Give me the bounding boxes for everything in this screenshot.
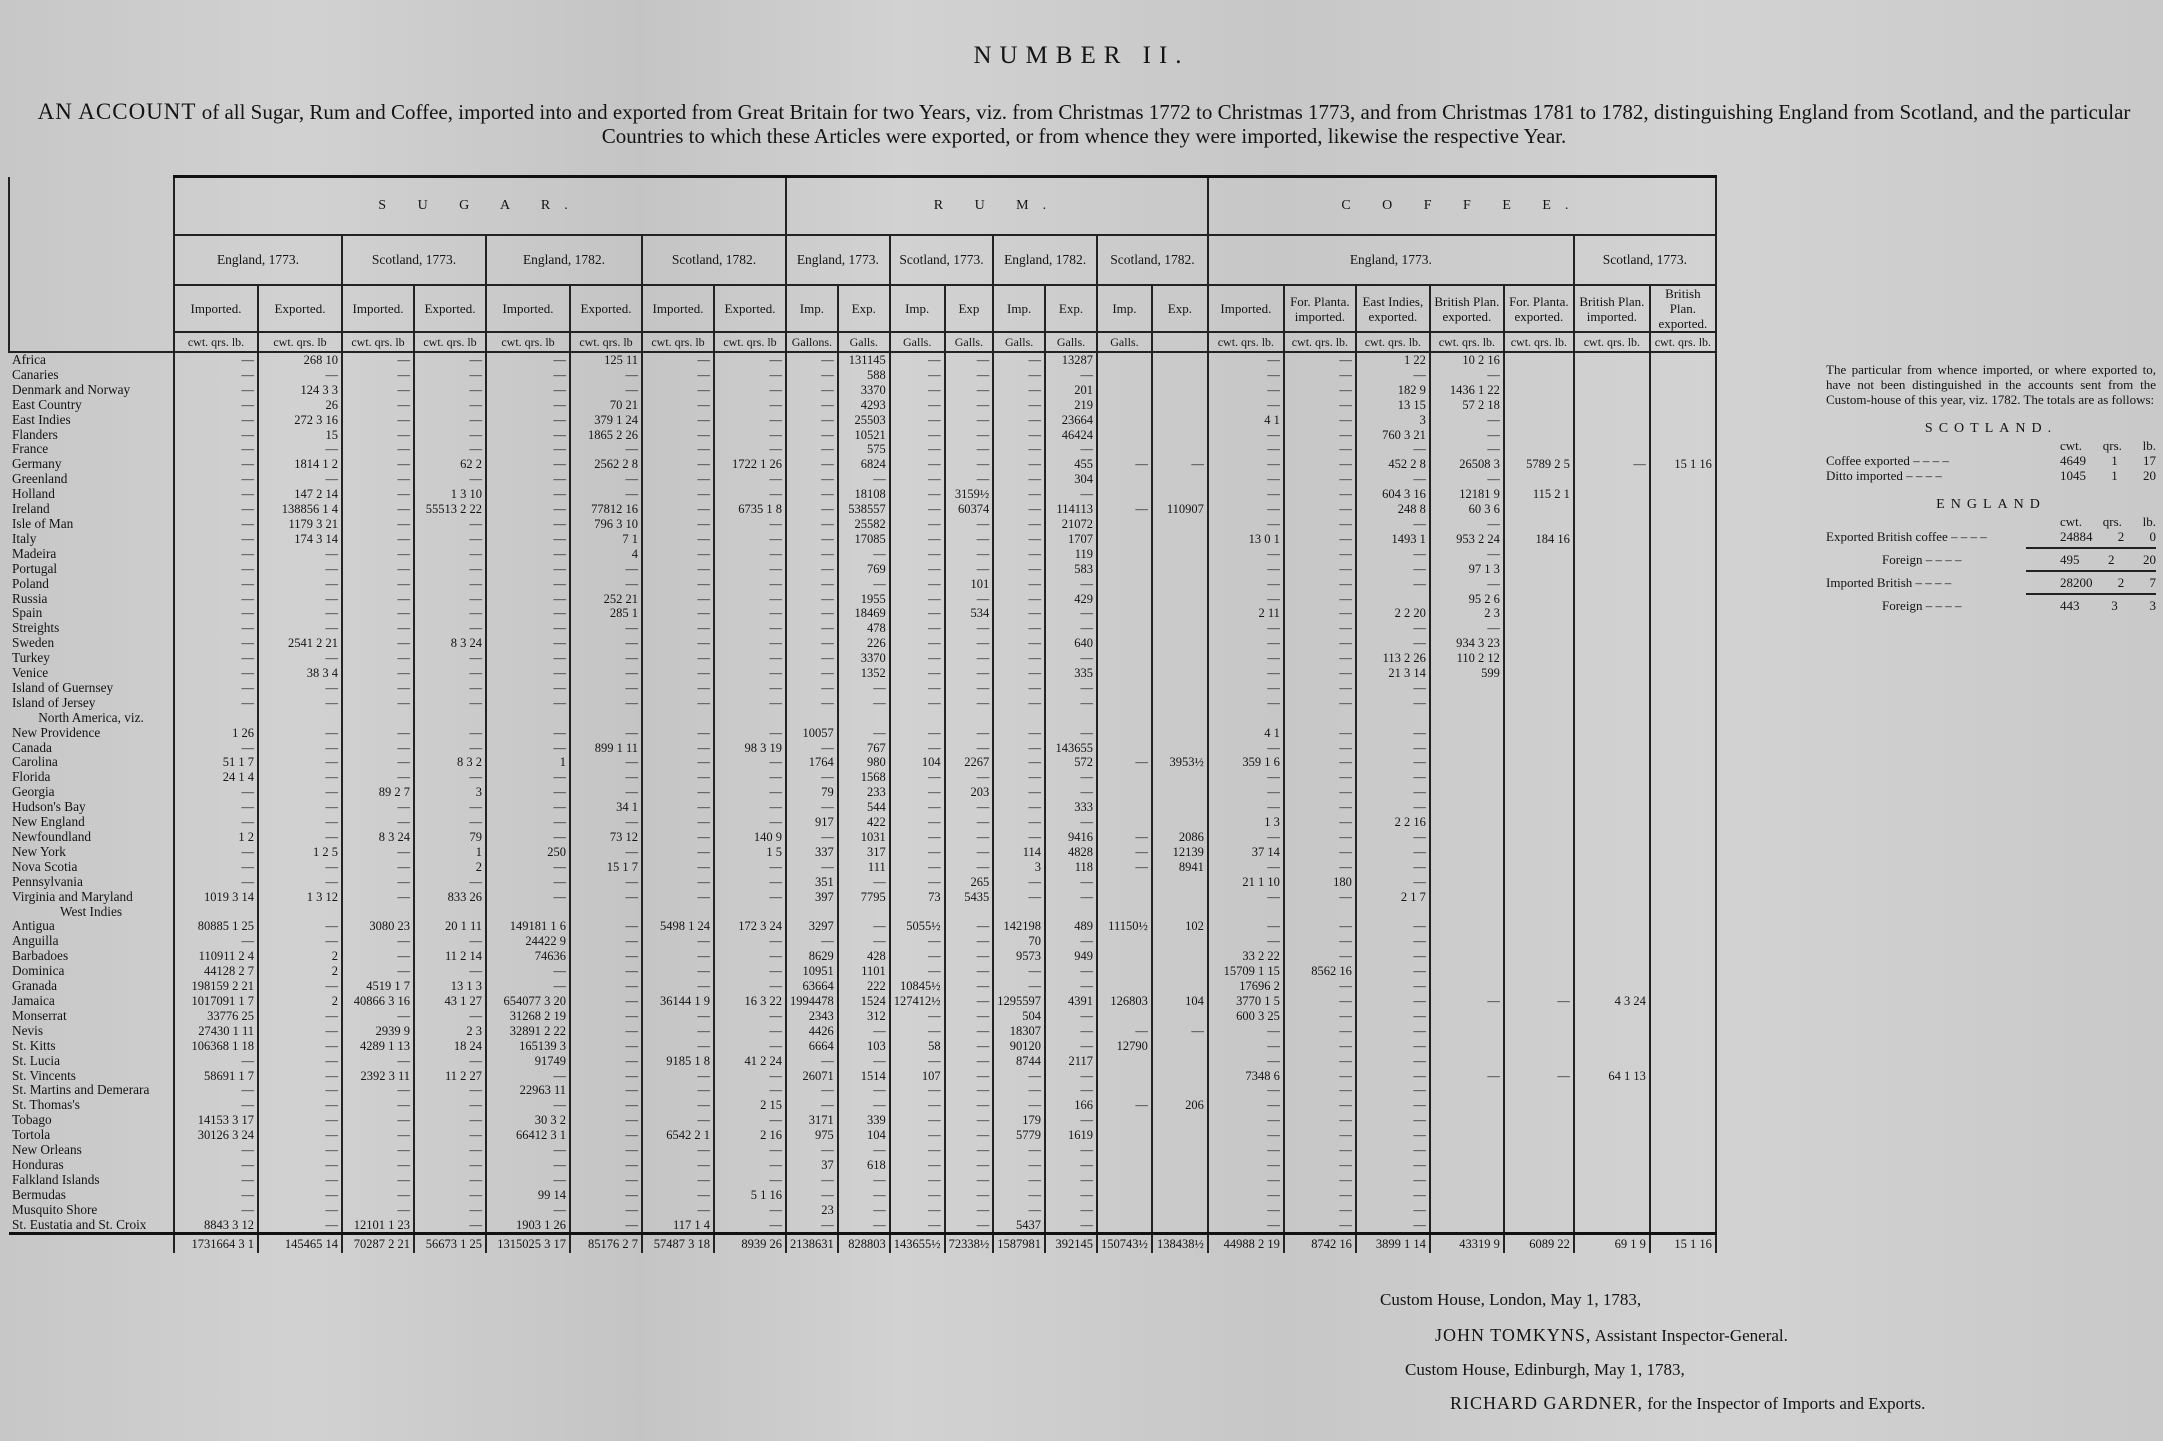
table-cell: — [1208,428,1284,443]
table-cell: — [786,562,838,577]
table-cell: 101 [945,577,994,592]
table-cell [414,711,486,726]
table-cell: — [1356,1203,1430,1218]
table-cell: 4 3 24 [1574,994,1650,1009]
table-cell: 4 1 [1208,413,1284,428]
table-cell: 10057 [786,726,838,741]
table-cell: — [1045,368,1097,383]
table-cell: — [1356,741,1430,756]
table-cell: — [1097,502,1152,517]
country-label: Georgia [12,785,55,799]
table-cell [1152,726,1208,741]
flow-header: Exported. [714,285,786,332]
table-cell [1097,517,1152,532]
table-cell [1430,875,1504,890]
table-cell: — [1284,1083,1356,1098]
table-cell [1650,606,1716,621]
table-cell: — [1208,890,1284,905]
rule-divider [2026,593,2156,595]
table-cell: — [890,651,945,666]
table-cell: — [1356,1039,1430,1054]
total-cell: 392145 [1045,1234,1097,1254]
table-cell: — [342,368,414,383]
table-cell: — [1284,1188,1356,1203]
table-cell: 3 [414,785,486,800]
table-cell [1152,636,1208,651]
table-cell: — [1045,1188,1097,1203]
table-cell: — [1430,472,1504,487]
table-row: East Country—26———70 21———4293———219——13… [9,398,1716,413]
table-cell: 1017091 1 7 [174,994,258,1009]
table-cell [1430,681,1504,696]
country-name: Ireland [9,502,174,517]
table-cell: — [486,487,570,502]
country-name: Spain [9,606,174,621]
table-cell [1650,979,1716,994]
table-cell [1504,562,1574,577]
table-cell: 58 [890,1039,945,1054]
table-cell [1430,1218,1504,1234]
table-cell [1152,815,1208,830]
country-label: Canada [12,741,52,755]
total-cell: 2138631 [786,1234,838,1254]
table-cell: — [174,875,258,890]
table-cell: — [1045,606,1097,621]
table-cell [786,905,838,920]
table-cell [1574,875,1650,890]
table-cell: — [642,621,714,636]
table-cell: 1865 2 26 [570,428,642,443]
table-cell: — [1284,1039,1356,1054]
table-cell [1650,472,1716,487]
table-cell: — [414,770,486,785]
table-cell: — [486,979,570,994]
table-cell: — [258,651,342,666]
table-cell: 4293 [838,398,890,413]
unit-label: qrs. [2103,438,2122,453]
table-row: Isle of Man—1179 3 21———796 3 10———25582… [9,517,1716,532]
table-cell [1152,428,1208,443]
table-cell: — [258,815,342,830]
table-cell: — [786,368,838,383]
table-cell: 36144 1 9 [642,994,714,1009]
table-row: St. Martins and Demerara————22963 11————… [9,1083,1716,1098]
table-cell [1430,830,1504,845]
table-cell: — [1208,547,1284,562]
table-cell [1650,741,1716,756]
table-cell [1574,949,1650,964]
table-cell: — [1284,979,1356,994]
unit-header: cwt. qrs. lb. [1284,332,1356,352]
table-cell [1504,964,1574,979]
table-cell: — [1045,1173,1097,1188]
table-cell [1650,860,1716,875]
country-name: East Country [9,398,174,413]
table-cell: 5779 [993,1128,1045,1143]
table-cell: — [1430,413,1504,428]
table-cell: — [993,442,1045,457]
table-cell: — [642,532,714,547]
table-cell: 73 [890,890,945,905]
country-label: Tobago [12,1113,52,1127]
unit-header: cwt. qrs. lb [642,332,714,352]
table-cell [1152,934,1208,949]
table-cell: — [642,1188,714,1203]
table-cell: — [1152,457,1208,472]
table-row: Venice—38 3 4———————1352———335——21 3 145… [9,666,1716,681]
table-cell: — [1356,770,1430,785]
region-header: Scotland, 1782. [642,235,786,285]
table-cell: — [414,442,486,457]
table-cell [1430,860,1504,875]
table-cell: — [945,442,994,457]
table-cell: — [890,770,945,785]
table-cell [1504,919,1574,934]
heading-lead: AN ACCOUNT [38,99,197,124]
table-cell [1650,532,1716,547]
table-cell: — [642,800,714,815]
table-cell: — [342,1188,414,1203]
table-cell: 2 3 [414,1024,486,1039]
table-cell: 57 2 18 [1430,398,1504,413]
table-cell: — [642,1009,714,1024]
table-cell: — [570,487,642,502]
table-cell: — [786,502,838,517]
table-cell: — [1284,606,1356,621]
table-cell: 104 [838,1128,890,1143]
table-cell: — [642,890,714,905]
table-cell: — [414,696,486,711]
table-cell: — [786,532,838,547]
table-cell [1650,1188,1716,1203]
lb-value: 0 [2150,529,2157,544]
table-cell [1504,905,1574,920]
table-cell: — [945,651,994,666]
country-name: St. Vincents [9,1069,174,1084]
table-cell: — [1284,621,1356,636]
table-cell: — [993,547,1045,562]
table-cell: 478 [838,621,890,636]
table-cell [1574,651,1650,666]
table-row: Streights—————————478———————— [9,621,1716,636]
table-cell: — [993,577,1045,592]
table-cell: — [642,860,714,875]
table-cell: — [642,755,714,770]
table-cell [1097,651,1152,666]
table-cell: 317 [838,845,890,860]
table-cell: — [1284,457,1356,472]
table-cell: — [1097,755,1152,770]
units-spacer [1826,514,2060,529]
table-cell: — [1356,1054,1430,1069]
table-cell: — [890,457,945,472]
table-cell: — [890,1054,945,1069]
table-cell: — [786,741,838,756]
table-cell: 2117 [1045,1054,1097,1069]
table-cell: 149181 1 6 [486,919,570,934]
table-cell: 18 24 [414,1039,486,1054]
table-cell: — [1208,1218,1284,1234]
document-heading: AN ACCOUNT of all Sugar, Rum and Coffee,… [14,100,2154,148]
table-cell: — [642,845,714,860]
table-cell: — [945,1143,994,1158]
unit-header: Galls. [993,332,1045,352]
table-cell: — [174,651,258,666]
table-cell: — [1356,875,1430,890]
table-cell: — [1208,860,1284,875]
table-cell: — [1208,502,1284,517]
table-cell: 226 [838,636,890,651]
country-name: Dominica [9,964,174,979]
table-cell: — [1208,1054,1284,1069]
table-cell: 60374 [945,502,994,517]
table-cell: — [258,1203,342,1218]
table-cell: — [714,636,786,651]
table-cell: — [642,785,714,800]
table-cell [1504,875,1574,890]
table-cell: 172 3 24 [714,919,786,934]
flow-header: Imp. [993,285,1045,332]
table-cell: — [174,934,258,949]
table-cell: — [174,532,258,547]
table-cell: 20 1 11 [414,919,486,934]
table-cell: 953 2 24 [1430,532,1504,547]
table-cell: 5498 1 24 [642,919,714,934]
table-cell: — [258,785,342,800]
table-cell: — [945,457,994,472]
table-cell: — [570,1009,642,1024]
table-cell [1097,800,1152,815]
table-cell: — [1208,1083,1284,1098]
table-cell [1574,1128,1650,1143]
table-cell: 1764 [786,755,838,770]
country-label: Africa [12,352,46,367]
table-cell: — [258,1009,342,1024]
table-cell: — [414,592,486,607]
region-header: Scotland, 1773. [890,235,994,285]
table-cell: — [1356,547,1430,562]
table-cell: — [838,547,890,562]
table-cell: — [1097,860,1152,875]
table-cell: 489 [1045,919,1097,934]
table-cell: — [1356,1218,1430,1234]
table-cell [1356,905,1430,920]
table-cell: — [570,681,642,696]
flow-header: Exported. [258,285,342,332]
table-cell: 174 3 14 [258,532,342,547]
country-label: New England [12,815,85,829]
table-cell: — [945,383,994,398]
table-cell: 2541 2 21 [258,636,342,651]
unit-header: cwt. qrs. lb [714,332,786,352]
region-header-row: England, 1773.Scotland, 1773.England, 17… [9,235,1716,285]
country-name: Venice [9,666,174,681]
table-cell: — [1045,487,1097,502]
table-cell: — [1356,1188,1430,1203]
table-cell: 70 21 [570,398,642,413]
lb-value: 20 [2143,552,2156,567]
table-cell: 250 [486,845,570,860]
table-cell: — [714,1173,786,1188]
table-cell: — [1045,1143,1097,1158]
table-cell: 5055½ [890,919,945,934]
table-cell: — [890,636,945,651]
table-cell: 13 15 [1356,398,1430,413]
table-cell: — [1284,785,1356,800]
table-cell: — [1284,1069,1356,1084]
unit-header: cwt. qrs. lb [414,332,486,352]
table-cell [1650,1098,1716,1113]
table-cell: — [993,621,1045,636]
table-cell: — [993,383,1045,398]
table-cell: 147 2 14 [258,487,342,502]
table-cell: 1 22 [1356,352,1430,368]
table-cell [1650,621,1716,636]
table-cell: — [486,517,570,532]
qrs-value: 1 [2111,453,2118,468]
table-cell [486,711,570,726]
table-row: Holland—147 2 14—1 3 10—————18108—3159½—… [9,487,1716,502]
table-cell [1097,606,1152,621]
table-cell: — [838,1054,890,1069]
table-cell: — [993,592,1045,607]
table-cell: — [945,979,994,994]
table-cell: 949 [1045,949,1097,964]
table-cell [993,905,1045,920]
table-cell: — [1284,562,1356,577]
table-cell: 1295597 [993,994,1045,1009]
table-cell: — [570,875,642,890]
table-cell [1574,547,1650,562]
table-cell: 333 [1045,800,1097,815]
table-cell: — [1356,517,1430,532]
table-cell: — [945,741,994,756]
table-cell: — [1208,562,1284,577]
table-cell [1097,1173,1152,1188]
table-cell: — [838,726,890,741]
table-cell [1574,666,1650,681]
table-cell [1097,428,1152,443]
table-cell: — [342,532,414,547]
table-cell [1574,532,1650,547]
edinburgh-name: RICHARD GARDNER, [1450,1393,1643,1413]
table-cell [1152,1054,1208,1069]
table-cell: — [714,770,786,785]
table-cell: 184 16 [1504,532,1574,547]
table-cell: — [570,1158,642,1173]
table-cell: — [174,606,258,621]
table-cell: — [1356,860,1430,875]
table-cell: — [414,472,486,487]
table-cell: — [258,919,342,934]
table-cell: 3 [1356,413,1430,428]
table-cell [1430,770,1504,785]
country-name: Germany [9,457,174,472]
table-cell: — [174,428,258,443]
unit-header [1152,332,1208,352]
table-row: Monserrat33776 25———31268 2 19———2343312… [9,1009,1716,1024]
table-cell: — [786,398,838,413]
table-cell: — [890,1113,945,1128]
table-cell: — [786,621,838,636]
table-cell: — [786,1218,838,1234]
commodity-header: C O F F E E. [1208,177,1716,236]
table-cell: — [174,442,258,457]
table-cell: — [570,442,642,457]
table-cell: — [1045,1039,1097,1054]
table-row: Island of Guernsey————————————————— [9,681,1716,696]
table-cell: — [1356,1069,1430,1084]
table-cell: — [714,800,786,815]
country-name: Italy [9,532,174,547]
table-row: New York—1 2 5—1250——1 5337317——1144828—… [9,845,1716,860]
table-cell: — [1356,934,1430,949]
table-cell: — [174,368,258,383]
table-cell: — [1356,1158,1430,1173]
unit-header: Galls. [890,332,945,352]
table-cell: — [993,517,1045,532]
table-cell: — [890,1098,945,1113]
totals-label [9,1234,174,1254]
table-cell: — [1284,1218,1356,1234]
table-cell [1504,1158,1574,1173]
table-cell [1574,606,1650,621]
table-row: Russia—————252 21———1955———429——95 2 6 [9,592,1716,607]
table-cell: — [1430,994,1504,1009]
table-row: Flanders—15———1865 2 26———10521———46424—… [9,428,1716,443]
country-label: Greenland [12,472,67,486]
table-cell: 1619 [1045,1128,1097,1143]
table-cell: — [786,442,838,457]
table-cell: — [342,352,414,368]
table-cell: — [786,1173,838,1188]
heading-text: of all Sugar, Rum and Coffee, imported i… [202,100,2131,148]
table-cell: 30126 3 24 [174,1128,258,1143]
country-name: Turkey [9,651,174,666]
table-cell [1097,696,1152,711]
table-cell: — [1045,1024,1097,1039]
country-label: Honduras [12,1158,64,1172]
table-cell: — [1045,815,1097,830]
table-cell: — [1045,1113,1097,1128]
table-cell: — [945,1113,994,1128]
table-cell [1504,1024,1574,1039]
table-cell: 4519 1 7 [342,979,414,994]
table-cell: — [1208,785,1284,800]
table-cell: 304 [1045,472,1097,487]
table-cell: 452 2 8 [1356,457,1430,472]
region-header: Scotland, 1773. [1574,235,1716,285]
table-cell: — [1208,1098,1284,1113]
table-cell: — [714,517,786,532]
table-cell: — [1208,383,1284,398]
table-cell: — [786,517,838,532]
table-cell: — [890,352,945,368]
table-cell: — [642,1143,714,1158]
table-cell: 114113 [1045,502,1097,517]
table-cell [1650,845,1716,860]
table-cell: — [1356,979,1430,994]
table-cell: — [414,666,486,681]
table-cell: 12790 [1097,1039,1152,1054]
table-cell: — [414,621,486,636]
table-cell [1650,1069,1716,1084]
table-cell: — [1356,1009,1430,1024]
table-cell: — [414,1009,486,1024]
table-cell: 654077 3 20 [486,994,570,1009]
table-row: Canaries—————————588———————— [9,368,1716,383]
table-cell: — [642,636,714,651]
